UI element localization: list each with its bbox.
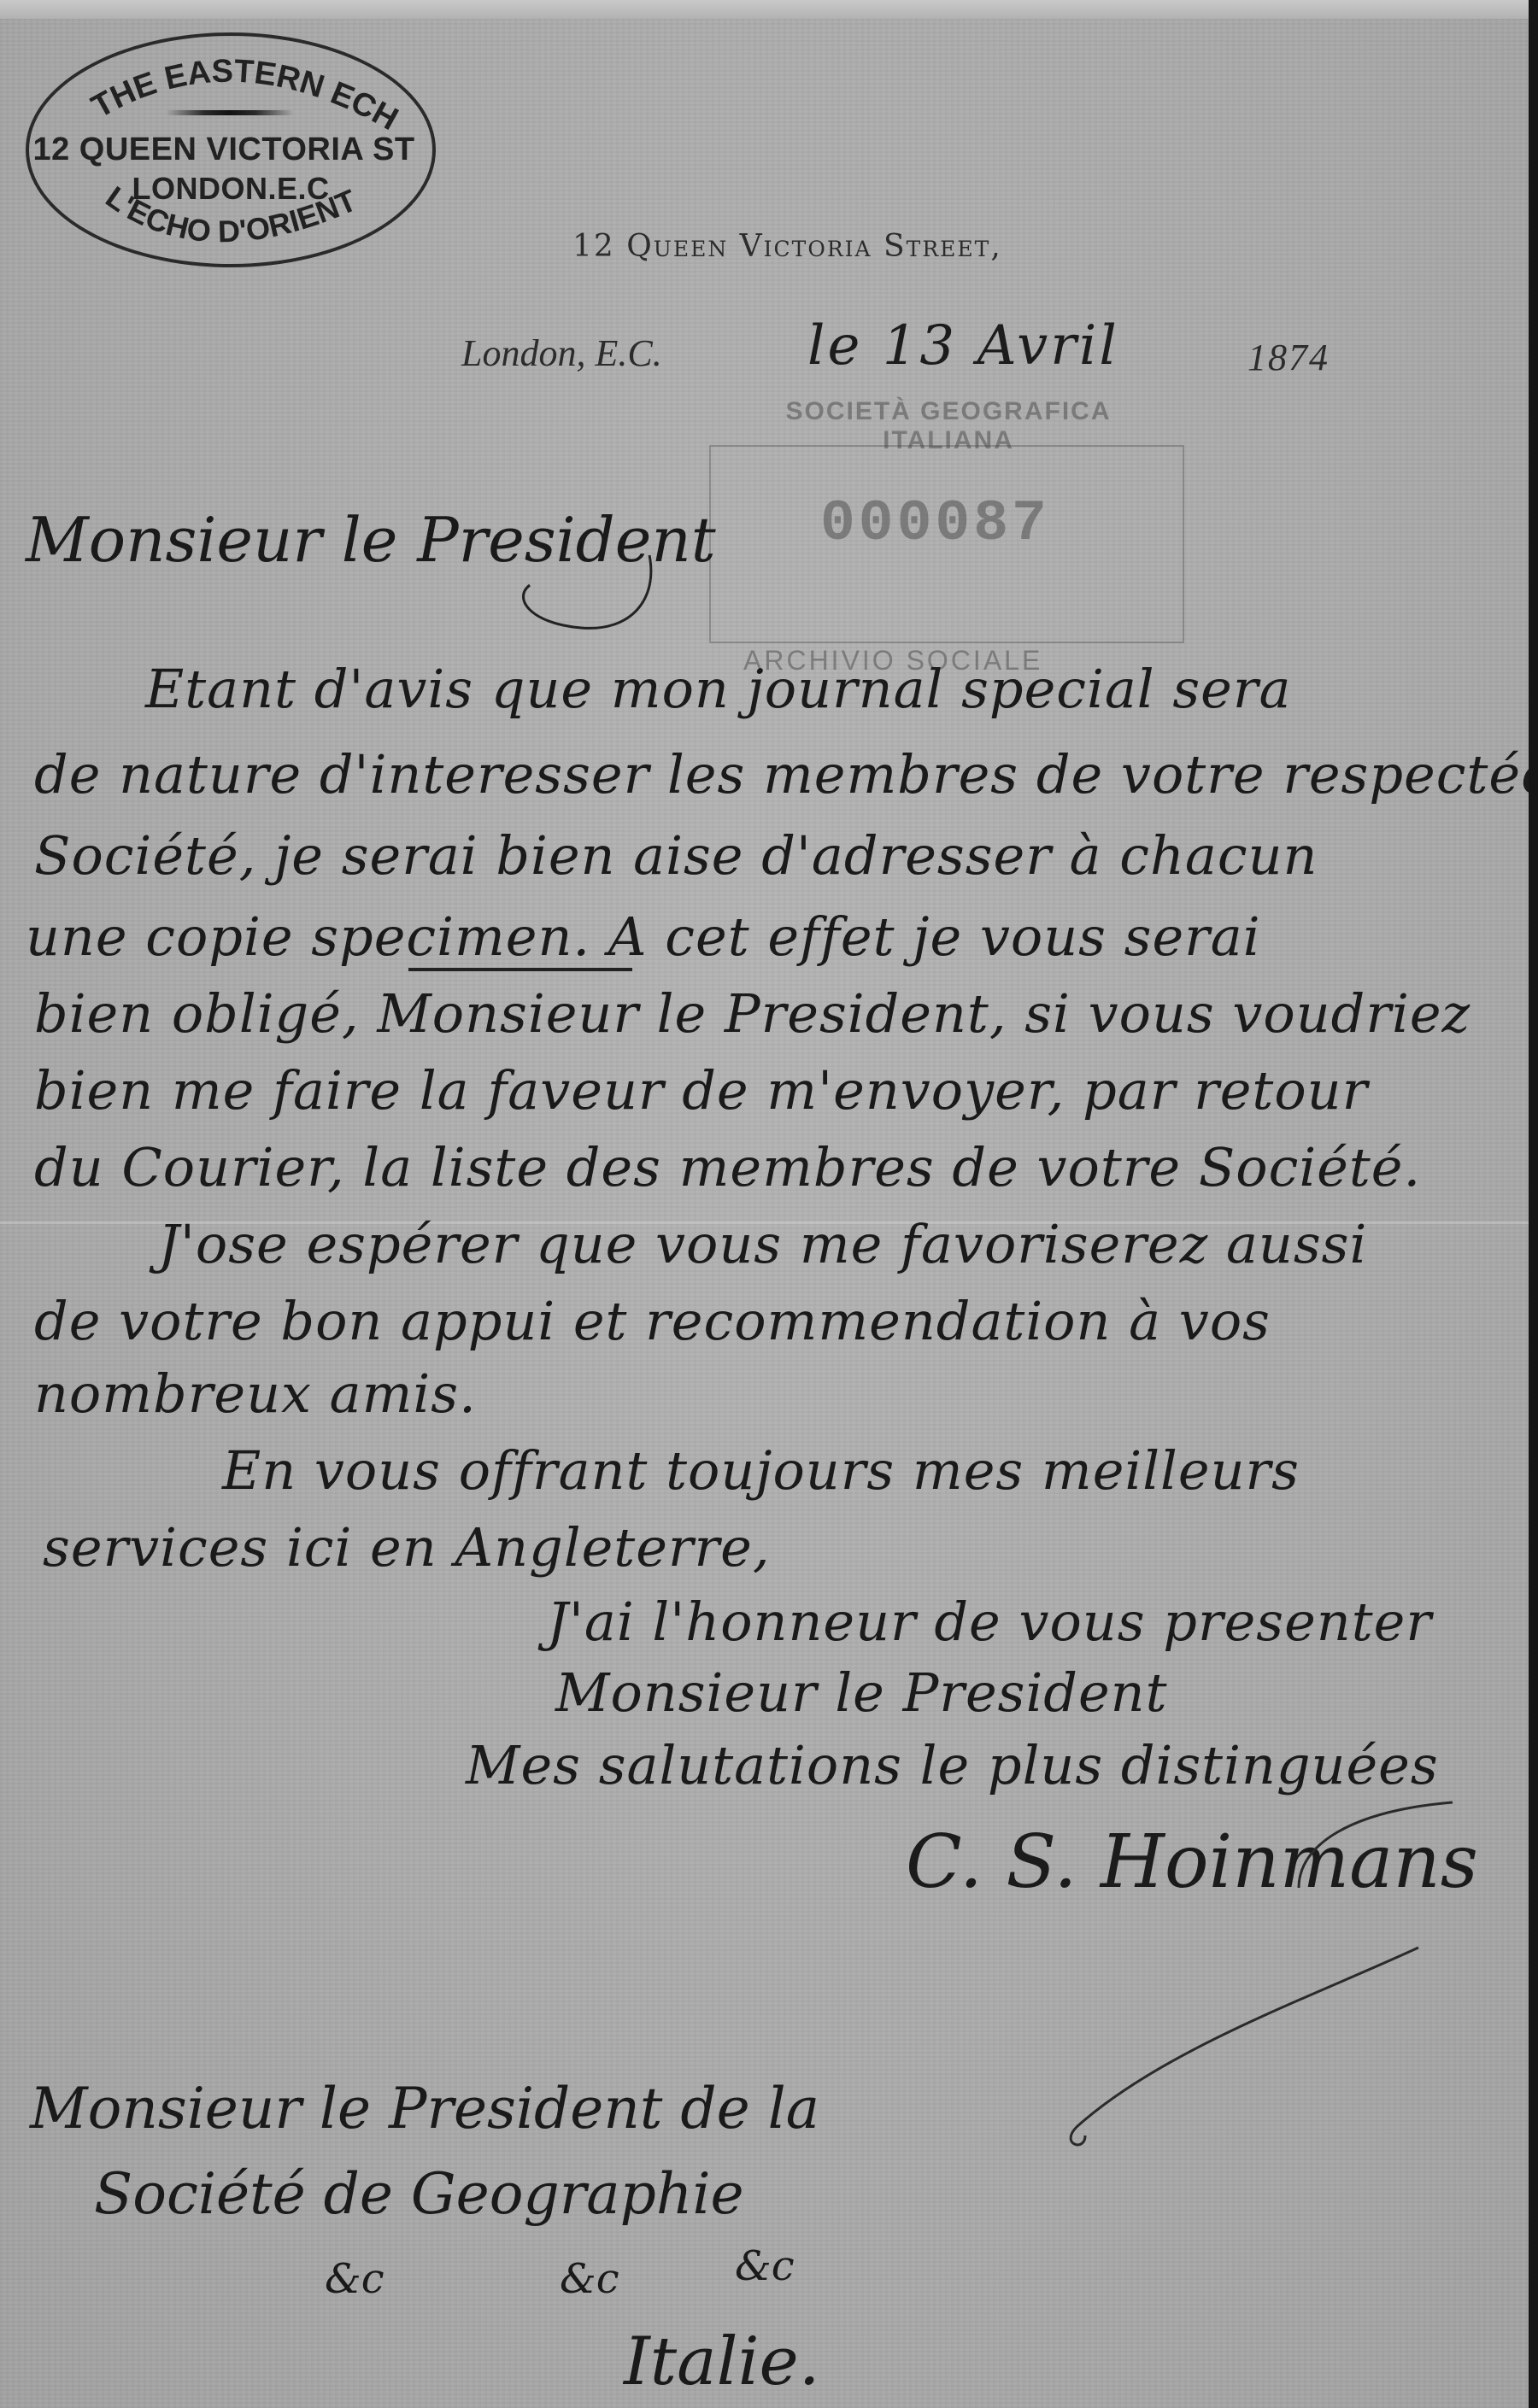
body-line: bien me faire la faveur de m'envoyer, pa… <box>34 1059 1368 1122</box>
address-etc-mark: &c <box>735 2242 795 2290</box>
body-line: une copie specimen. A cet effet je vous … <box>26 905 1261 968</box>
body-line: En vous offrant toujours mes meilleurs <box>222 1439 1300 1502</box>
body-line: services ici en Angleterre, <box>43 1516 771 1579</box>
archive-stamp: SOCIETÀ GEOGRAFICA ITALIANA 000087 ARCHI… <box>709 389 1188 679</box>
specimen-underline <box>408 968 632 971</box>
archive-number: 000087 <box>820 491 1050 557</box>
stamp-ornament-divider <box>166 110 294 115</box>
scan-top-band <box>0 0 1529 19</box>
stamp-top-arc-text: THE EASTERN ECHO <box>29 36 404 138</box>
svg-text:THE EASTERN ECHO: THE EASTERN ECHO <box>29 36 404 138</box>
date-handwritten: le 13 Avril <box>807 314 1119 378</box>
body-line: J'ose espérer que vous me favoriserez au… <box>158 1213 1367 1275</box>
date-year: 1874 <box>1247 336 1330 379</box>
body-line: du Courier, la liste des membres de votr… <box>34 1136 1421 1198</box>
body-line: de nature d'interesser les membres de vo… <box>34 743 1538 806</box>
publisher-stamp: THE EASTERN ECHO L'ECHO D'ORIENT 12 QUEE… <box>26 32 436 267</box>
body-line: Société, je serai bien aise d'adresser à… <box>34 824 1318 887</box>
letterhead-street: 12 Queen Victoria Street, <box>572 229 1002 264</box>
closing-line: Monsieur le President <box>555 1661 1168 1724</box>
address-etc-mark: &c <box>325 2255 384 2303</box>
letterhead-city: London, E.C. <box>461 331 662 375</box>
body-line: Etant d'avis que mon journal special ser… <box>145 658 1291 720</box>
address-line-country: Italie. <box>624 2323 820 2400</box>
address-line-society: Société de Geographie <box>94 2161 744 2227</box>
address-etc-mark: &c <box>560 2255 619 2303</box>
stamp-address-line: 12 QUEEN VICTORIA ST <box>22 132 426 168</box>
scan-right-edge <box>1529 0 1538 2408</box>
salutation-flourish-icon <box>478 547 666 641</box>
stamp-city-line: LONDON.E.C <box>29 171 432 207</box>
closing-line: J'ai l'honneur de vous presenter <box>547 1591 1432 1653</box>
body-line: nombreux amis. <box>34 1362 477 1425</box>
closing-line: Mes salutations le plus distinguées <box>466 1734 1439 1796</box>
address-line-recipient: Monsieur le President de la <box>30 2076 819 2141</box>
body-line: bien obligé, Monsieur le President, si v… <box>34 982 1470 1045</box>
body-line: de votre bon appui et recommendation à v… <box>34 1290 1271 1352</box>
signature-flourish-icon <box>1025 1794 1521 2153</box>
